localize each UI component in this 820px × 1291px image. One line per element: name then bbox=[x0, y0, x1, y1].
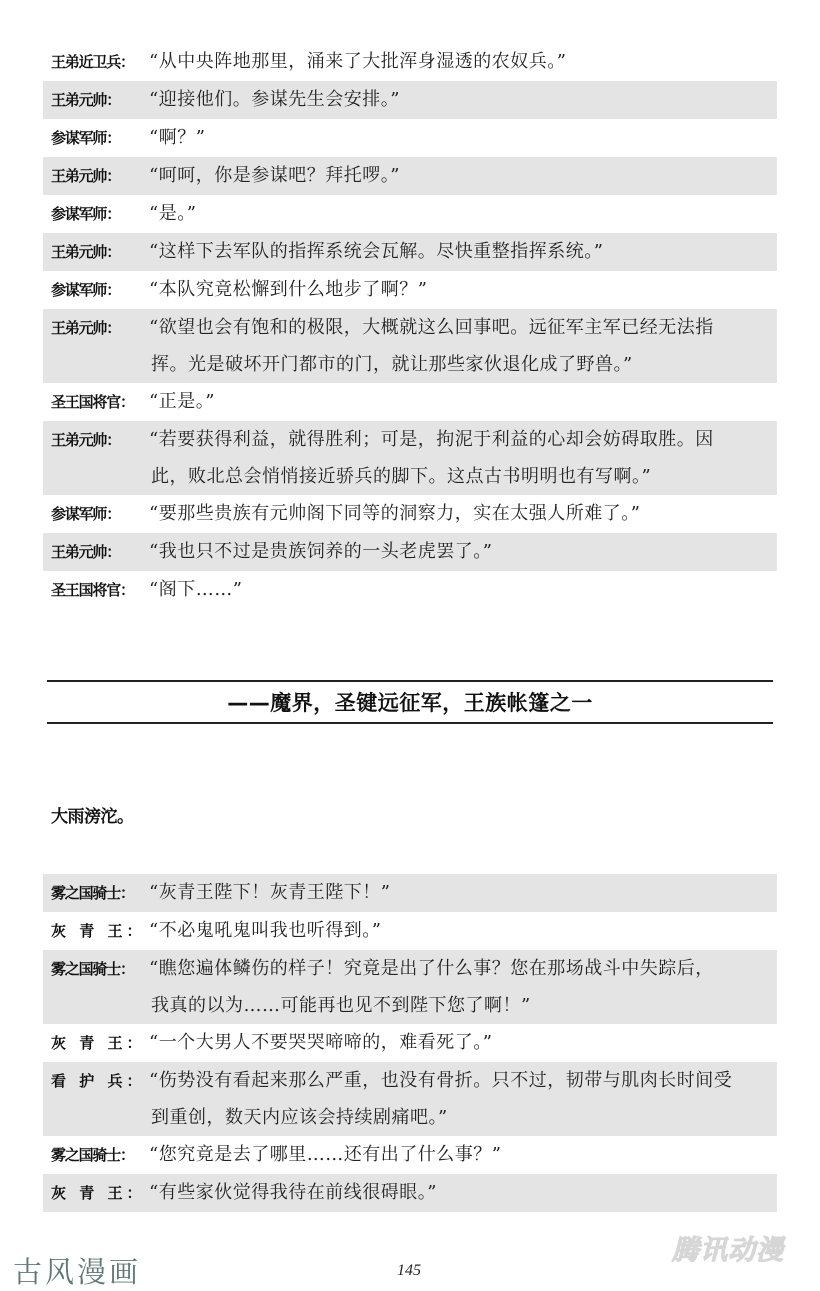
speaker-label: 参谋军师： bbox=[51, 119, 149, 157]
narration-text: 大雨滂沱。 bbox=[51, 802, 134, 827]
speaker-label: 雾之国骑士： bbox=[51, 874, 149, 912]
dialogue-row: 王弟元帅： “若要获得利益，就得胜利；可是，拘泥于利益的心却会妨碍取胜。因 此，… bbox=[43, 421, 777, 495]
dialogue-row: 参谋军师： “本队究竟松懈到什么地步了啊？” bbox=[43, 271, 777, 309]
heading-rule-bottom bbox=[47, 722, 773, 724]
speaker-label: 灰 青 王： bbox=[51, 912, 149, 950]
speaker-label: 王弟元帅： bbox=[51, 157, 149, 195]
dialogue-text: “是。” bbox=[149, 195, 777, 233]
speaker-label: 参谋军师： bbox=[51, 195, 149, 233]
dialogue-row: 雾之国骑士： “瞧您遍体鳞伤的样子！究竟是出了什么事？您在那场战斗中失踪后， 我… bbox=[43, 950, 777, 1024]
dialogue-section-2: 雾之国骑士： “灰青王陛下！灰青王陛下！” 灰 青 王： “不必鬼吼鬼叫我也听得… bbox=[43, 874, 777, 1212]
dialogue-text: “欲望也会有饱和的极限，大概就这么回事吧。远征军主军已经无法指 挥。光是破坏开门… bbox=[149, 309, 777, 383]
speaker-label: 圣王国将官： bbox=[51, 571, 149, 609]
dialogue-text: “伤势没有看起来那么严重，也没有骨折。只不过，韧带与肌肉长时间受 到重创，数天内… bbox=[149, 1062, 777, 1136]
dialogue-text: “有些家伙觉得我待在前线很碍眼。” bbox=[149, 1174, 777, 1212]
speaker-label: 王弟近卫兵： bbox=[51, 43, 149, 81]
dialogue-row: 参谋军师： “啊？” bbox=[43, 119, 777, 157]
dialogue-row: 王弟元帅： “这样下去军队的指挥系统会瓦解。尽快重整指挥系统。” bbox=[43, 233, 777, 271]
speaker-label: 灰 青 王： bbox=[51, 1024, 149, 1062]
page-number: 145 bbox=[397, 1262, 421, 1280]
dialogue-text: “迎接他们。参谋先生会安排。” bbox=[149, 81, 777, 119]
dialogue-row: 参谋军师： “要那些贵族有元帅阁下同等的洞察力，实在太强人所难了。” bbox=[43, 495, 777, 533]
dialogue-row: 王弟元帅： “呵呵，你是参谋吧？拜托啰。” bbox=[43, 157, 777, 195]
dialogue-text: “瞧您遍体鳞伤的样子！究竟是出了什么事？您在那场战斗中失踪后， 我真的以为……可… bbox=[149, 950, 777, 1024]
speaker-label: 灰 青 王： bbox=[51, 1174, 149, 1212]
dialogue-line: “伤势没有看起来那么严重，也没有骨折。只不过，韧带与肌肉长时间受 bbox=[149, 1070, 732, 1091]
dialogue-row: 王弟近卫兵： “从中央阵地那里，涌来了大批浑身湿透的农奴兵。” bbox=[43, 43, 777, 81]
speaker-label: 参谋军师： bbox=[51, 271, 149, 309]
speaker-label: 王弟元帅： bbox=[51, 421, 149, 459]
dialogue-text: “从中央阵地那里，涌来了大批浑身湿透的农奴兵。” bbox=[149, 43, 777, 81]
dialogue-row: 雾之国骑士： “灰青王陛下！灰青王陛下！” bbox=[43, 874, 777, 912]
dialogue-text: “阁下……” bbox=[149, 571, 777, 609]
speaker-label: 王弟元帅： bbox=[51, 233, 149, 271]
dialogue-row: 圣王国将官： “正是。” bbox=[43, 383, 777, 421]
book-page: 王弟近卫兵： “从中央阵地那里，涌来了大批浑身湿透的农奴兵。” 王弟元帅： “迎… bbox=[0, 0, 820, 1291]
watermark-logo: 腾讯动漫 bbox=[672, 1234, 808, 1268]
dialogue-text: “这样下去军队的指挥系统会瓦解。尽快重整指挥系统。” bbox=[149, 233, 777, 271]
dialogue-row: 王弟元帅： “我也只不过是贵族饲养的一头老虎罢了。” bbox=[43, 533, 777, 571]
dialogue-text: “我也只不过是贵族饲养的一头老虎罢了。” bbox=[149, 533, 777, 571]
dialogue-text: “灰青王陛下！灰青王陛下！” bbox=[149, 874, 777, 912]
speaker-label: 王弟元帅： bbox=[51, 309, 149, 347]
dialogue-row: 参谋军师： “是。” bbox=[43, 195, 777, 233]
speaker-label: 王弟元帅： bbox=[51, 81, 149, 119]
speaker-label: 雾之国骑士： bbox=[51, 1136, 149, 1174]
dialogue-line: “欲望也会有饱和的极限，大概就这么回事吧。远征军主军已经无法指 bbox=[149, 317, 714, 338]
dialogue-line: 到重创，数天内应该会持续剧痛吧。” bbox=[149, 1099, 777, 1136]
dialogue-text: “您究竟是去了哪里……还有出了什么事？” bbox=[149, 1136, 777, 1174]
dialogue-text: “要那些贵族有元帅阁下同等的洞察力，实在太强人所难了。” bbox=[149, 495, 777, 533]
dialogue-section-1: 王弟近卫兵： “从中央阵地那里，涌来了大批浑身湿透的农奴兵。” 王弟元帅： “迎… bbox=[43, 43, 777, 609]
dialogue-line: “若要获得利益，就得胜利；可是，拘泥于利益的心却会妨碍取胜。因 bbox=[149, 429, 714, 450]
dialogue-row: 雾之国骑士： “您究竟是去了哪里……还有出了什么事？” bbox=[43, 1136, 777, 1174]
dialogue-text: “呵呵，你是参谋吧？拜托啰。” bbox=[149, 157, 777, 195]
dialogue-row: 看 护 兵： “伤势没有看起来那么严重，也没有骨折。只不过，韧带与肌肉长时间受 … bbox=[43, 1062, 777, 1136]
dialogue-row: 灰 青 王： “一个大男人不要哭哭啼啼的，难看死了。” bbox=[43, 1024, 777, 1062]
scene-heading: ——魔界，圣键远征军，王族帐篷之一 bbox=[47, 686, 773, 720]
dialogue-row: 王弟元帅： “欲望也会有饱和的极限，大概就这么回事吧。远征军主军已经无法指 挥。… bbox=[43, 309, 777, 383]
dialogue-line: 我真的以为……可能再也见不到陛下您了啊！” bbox=[149, 987, 777, 1024]
brand-logo-text: 古风漫画 bbox=[13, 1250, 141, 1291]
dialogue-text: “本队究竟松懈到什么地步了啊？” bbox=[149, 271, 777, 309]
speaker-label: 王弟元帅： bbox=[51, 533, 149, 571]
dialogue-line: 挥。光是破坏开门都市的门，就让那些家伙退化成了野兽。” bbox=[149, 346, 777, 383]
speaker-label: 参谋军师： bbox=[51, 495, 149, 533]
dialogue-row: 灰 青 王： “不必鬼吼鬼叫我也听得到。” bbox=[43, 912, 777, 950]
speaker-label: 雾之国骑士： bbox=[51, 950, 149, 988]
dialogue-row: 灰 青 王： “有些家伙觉得我待在前线很碍眼。” bbox=[43, 1174, 777, 1212]
dialogue-line: “瞧您遍体鳞伤的样子！究竟是出了什么事？您在那场战斗中失踪后， bbox=[149, 958, 714, 979]
dialogue-text: “若要获得利益，就得胜利；可是，拘泥于利益的心却会妨碍取胜。因 此，败北总会悄悄… bbox=[149, 421, 777, 495]
dialogue-text: “正是。” bbox=[149, 383, 777, 421]
dialogue-text: “不必鬼吼鬼叫我也听得到。” bbox=[149, 912, 777, 950]
dialogue-text: “啊？” bbox=[149, 119, 777, 157]
dialogue-text: “一个大男人不要哭哭啼啼的，难看死了。” bbox=[149, 1024, 777, 1062]
heading-rule-top bbox=[47, 680, 773, 682]
speaker-label: 圣王国将官： bbox=[51, 383, 149, 421]
dialogue-row: 圣王国将官： “阁下……” bbox=[43, 571, 777, 609]
dialogue-line: 此，败北总会悄悄接近骄兵的脚下。这点古书明明也有写啊。” bbox=[149, 458, 777, 495]
speaker-label: 看 护 兵： bbox=[51, 1062, 149, 1100]
dialogue-row: 王弟元帅： “迎接他们。参谋先生会安排。” bbox=[43, 81, 777, 119]
